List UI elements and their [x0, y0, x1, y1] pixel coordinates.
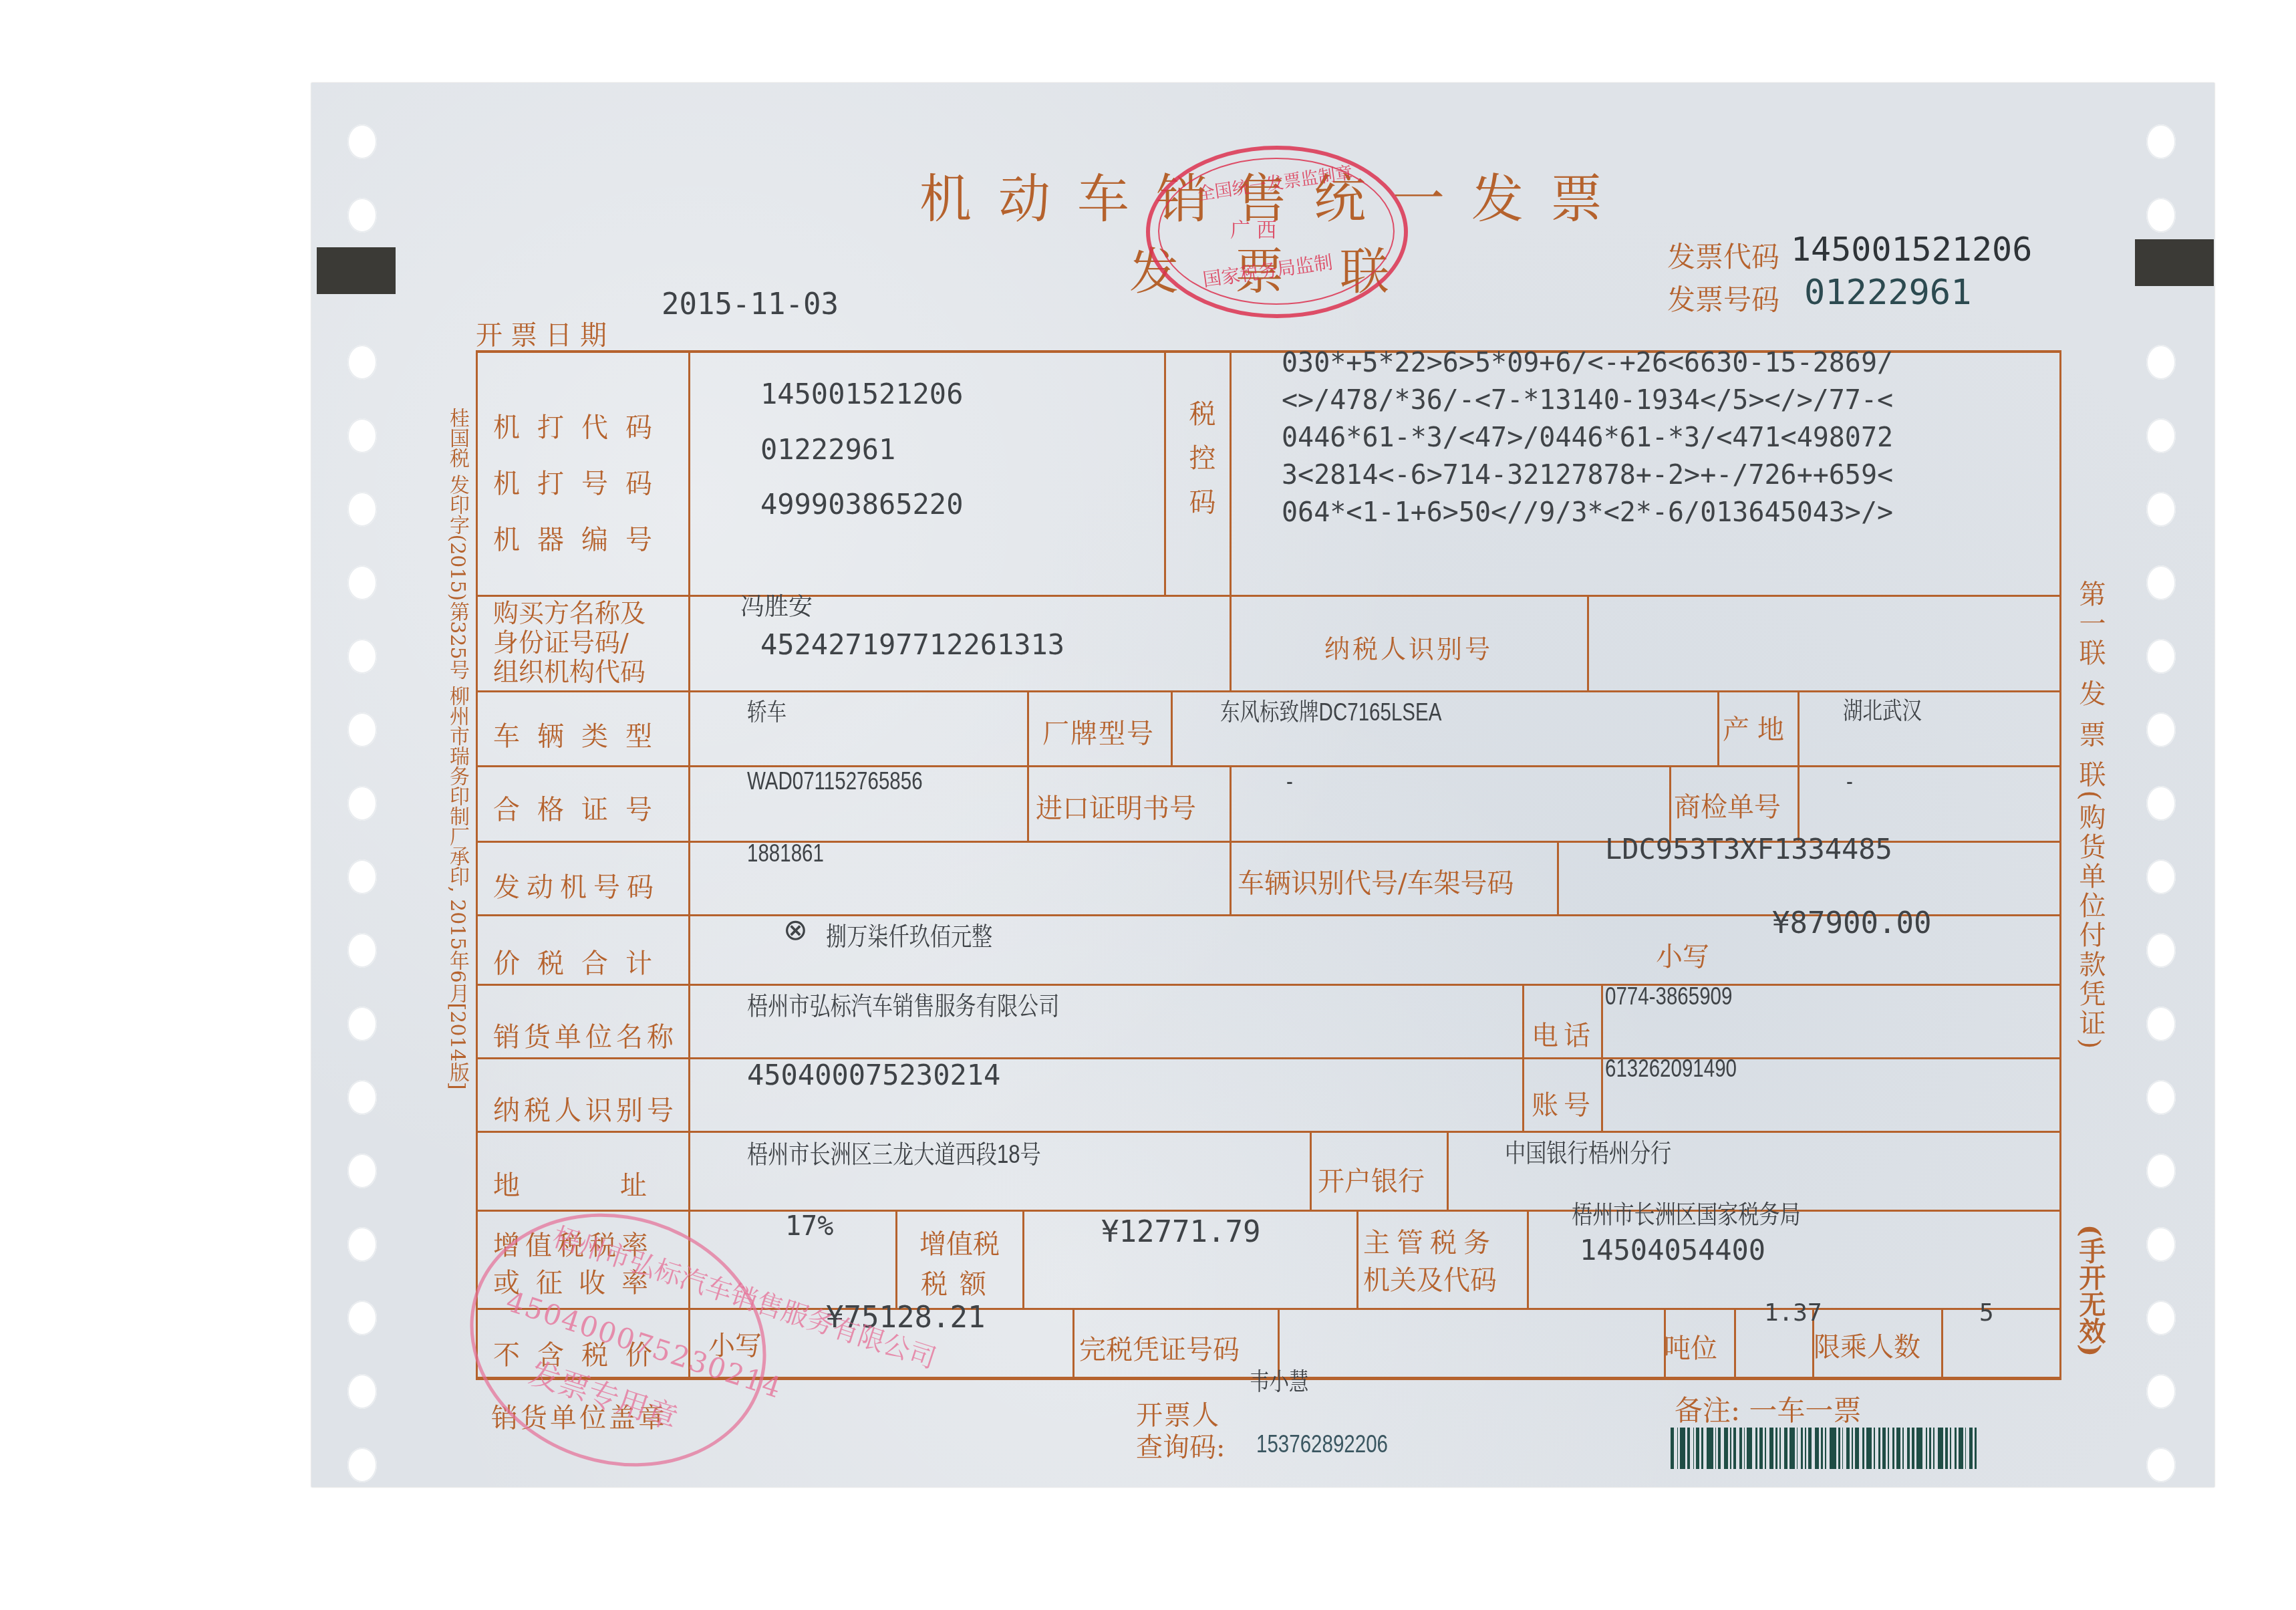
seller-name: 梧州市弘标汽车销售服务有限公司	[747, 985, 1059, 1022]
machine-serial-label: 机器编号	[493, 519, 670, 557]
perforation-hole	[2146, 124, 2176, 159]
tonnage-label: 吨位	[1664, 1327, 1717, 1365]
seats: 5	[1979, 1299, 1994, 1327]
engine-label: 发动机号码	[493, 866, 660, 904]
seller-phone: 0774-3865909	[1605, 982, 1732, 1011]
account-label: 账号	[1532, 1084, 1596, 1122]
vat-rate: 17%	[785, 1211, 833, 1242]
perforation-hole	[347, 418, 377, 453]
perforation-hole	[2146, 639, 2176, 674]
perforation-hole	[2146, 1301, 2176, 1335]
perforation-hole	[347, 786, 377, 821]
vin-label: 车辆识别代号/车架号码	[1238, 862, 1514, 900]
tax-authority-label: 主管税务 机关及代码	[1363, 1224, 1497, 1299]
perforation-hole	[2146, 1227, 2176, 1262]
supervision-stamp: 全国统一发票监制章 广 西 国家税务局监制	[1146, 146, 1408, 318]
perforation-hole	[2146, 345, 2176, 380]
invoice-number-label: 发票号码	[1667, 278, 1779, 318]
buyer-id-number: 452427197712261313	[760, 628, 1064, 661]
circled-x-icon: ⊗	[783, 913, 808, 947]
perforation-hole	[2146, 1007, 2176, 1041]
query-code: 153762892206	[1256, 1430, 1388, 1458]
issue-date-label: 开票日期	[476, 314, 615, 352]
perforation-hole	[2146, 933, 2176, 968]
tax-authority-code: 14504054400	[1580, 1234, 1765, 1266]
perforation-hole	[347, 124, 377, 159]
seller-address: 梧州市长洲区三龙大道西段18号	[747, 1133, 1041, 1170]
issuer-name: 韦小慧	[1250, 1363, 1309, 1397]
perforation-hole	[347, 1301, 377, 1335]
perforation-hole	[347, 1154, 377, 1188]
tax-authority-name: 梧州市长洲区国家税务局	[1572, 1194, 1801, 1230]
perforation-hole	[347, 639, 377, 674]
perforation-hole	[347, 1080, 377, 1115]
tax-control-label: 税控码	[1181, 400, 1219, 532]
perforation-hole	[347, 198, 377, 233]
perforation-hole	[2146, 565, 2176, 600]
origin: 湖北武汉	[1843, 692, 1922, 726]
alignment-marker-right	[2135, 239, 2214, 286]
seats-label: 限乘人数	[1814, 1326, 1920, 1364]
price-total-label: 价税合计	[493, 942, 670, 980]
perforation-hole	[347, 492, 377, 527]
certificate-label: 合格证号	[493, 789, 670, 827]
seller-taxpayer-id-label: 纳税人识别号	[493, 1089, 678, 1127]
machine-code-value: 145001521206	[760, 378, 963, 410]
handwritten-invalid-note: (手开无效)	[2071, 1224, 2110, 1357]
vin: LDC953T3XF1334485	[1605, 833, 1892, 865]
engine-number: 1881861	[747, 839, 824, 867]
perforation-hole	[347, 859, 377, 894]
buyer-name: 冯胜安	[740, 588, 813, 622]
perforation-hole	[2146, 712, 2176, 747]
tonnage: 1.37	[1764, 1299, 1822, 1327]
seller-taxpayer-id: 450400075230214	[747, 1059, 1000, 1091]
machine-number-label: 机打号码	[493, 462, 670, 501]
perforation-hole	[2146, 1080, 2176, 1115]
perforation-hole	[2146, 1448, 2176, 1482]
vehicle-type: 轿车	[747, 694, 786, 728]
query-code-label: 查询码:	[1136, 1426, 1225, 1464]
bank-label: 开户银行	[1318, 1160, 1425, 1198]
tax-control-line: 3<2814<-6>714-32127878+-2>+-/726++659<	[1282, 460, 1893, 491]
copy-type-side-text: 第一联 发 票 联(购货单位付款凭证)	[2071, 580, 2110, 1051]
perforation-hole	[2146, 492, 2176, 527]
invoice-code: 145001521206	[1791, 230, 2032, 269]
import-cert: -	[1286, 767, 1293, 795]
tax-control-line: <>/478/*36/-<7-*13140-1934</5></>/77-<	[1282, 385, 1893, 416]
perforation-hole	[347, 1227, 377, 1262]
seller-bank: 中国银行梧州分行	[1505, 1132, 1671, 1169]
vat-amount: ¥12771.79	[1101, 1215, 1260, 1249]
perforation-hole	[2146, 859, 2176, 894]
machine-serial-value: 499903865220	[760, 488, 963, 521]
buyer-taxpayer-id-label: 纳税人识别号	[1324, 628, 1493, 665]
inspection-number: -	[1846, 767, 1853, 795]
machine-number-value: 01222961	[760, 433, 895, 466]
origin-label: 产地	[1723, 708, 1792, 747]
printing-info-side-text: 桂国税 发印字(2015)第325号 柳州市瑞务印制厂承印, 2015年6月[2…	[442, 408, 472, 1089]
address-label: 地址	[493, 1164, 747, 1202]
perforation-hole	[347, 712, 377, 747]
alignment-marker-left	[317, 247, 396, 294]
import-cert-label: 进口证明书号	[1036, 787, 1196, 825]
inspection-label: 商检单号	[1674, 786, 1781, 824]
perforation-hole	[347, 933, 377, 968]
perforation-hole	[2146, 1154, 2176, 1188]
paid-cert-label: 完税凭证号码	[1079, 1329, 1240, 1367]
perforation-hole	[347, 1448, 377, 1482]
price-total-small: ¥87900.00	[1772, 906, 1931, 940]
remark: 备注: 一车一票	[1675, 1389, 1862, 1429]
tax-control-line: 030*+5*22>6>5*09+6/<-+26<6630-15-2869/	[1282, 348, 1893, 378]
barcode	[1671, 1428, 2028, 1469]
perforation-hole	[2146, 418, 2176, 453]
seller-account: 613262091490	[1605, 1055, 1737, 1083]
perforation-hole	[347, 565, 377, 600]
perforation-hole	[2146, 786, 2176, 821]
brand-model-label: 厂牌型号	[1042, 712, 1155, 751]
invoice-code-label: 发票代码	[1667, 235, 1779, 275]
invoice-number: 01222961	[1804, 273, 1971, 313]
perforation-hole	[347, 345, 377, 380]
buyer-label: 购买方名称及 身份证号码/ 组织机构代码	[493, 598, 645, 686]
vehicle-type-label: 车辆类型	[493, 715, 670, 753]
perforation-hole	[2146, 198, 2176, 233]
machine-code-label: 机打代码	[493, 406, 670, 444]
seller-name-label: 销货单位名称	[493, 1016, 678, 1054]
tax-control-line: 064*<1-1+6>50<//9/3*<2*-6/013645043>/>	[1282, 497, 1893, 528]
perforation-hole	[347, 1374, 377, 1409]
tax-control-line: 0446*61-*3/<47>/0446*61-*3/<471<498072	[1282, 422, 1893, 453]
phone-label: 电话	[1532, 1015, 1596, 1053]
perforation-hole	[2146, 1374, 2176, 1409]
brand-model: 东风标致牌DC7165LSEA	[1220, 694, 1441, 728]
issue-date: 2015-11-03	[662, 287, 839, 321]
perforation-hole	[347, 1007, 377, 1041]
price-small-label: 小写	[1656, 936, 1709, 974]
price-total-capital: 捌万柒仟玖佰元整	[826, 916, 992, 952]
certificate-number: WAD071152765856	[747, 767, 923, 795]
vat-amount-label: 增值税 税额	[906, 1224, 1013, 1305]
